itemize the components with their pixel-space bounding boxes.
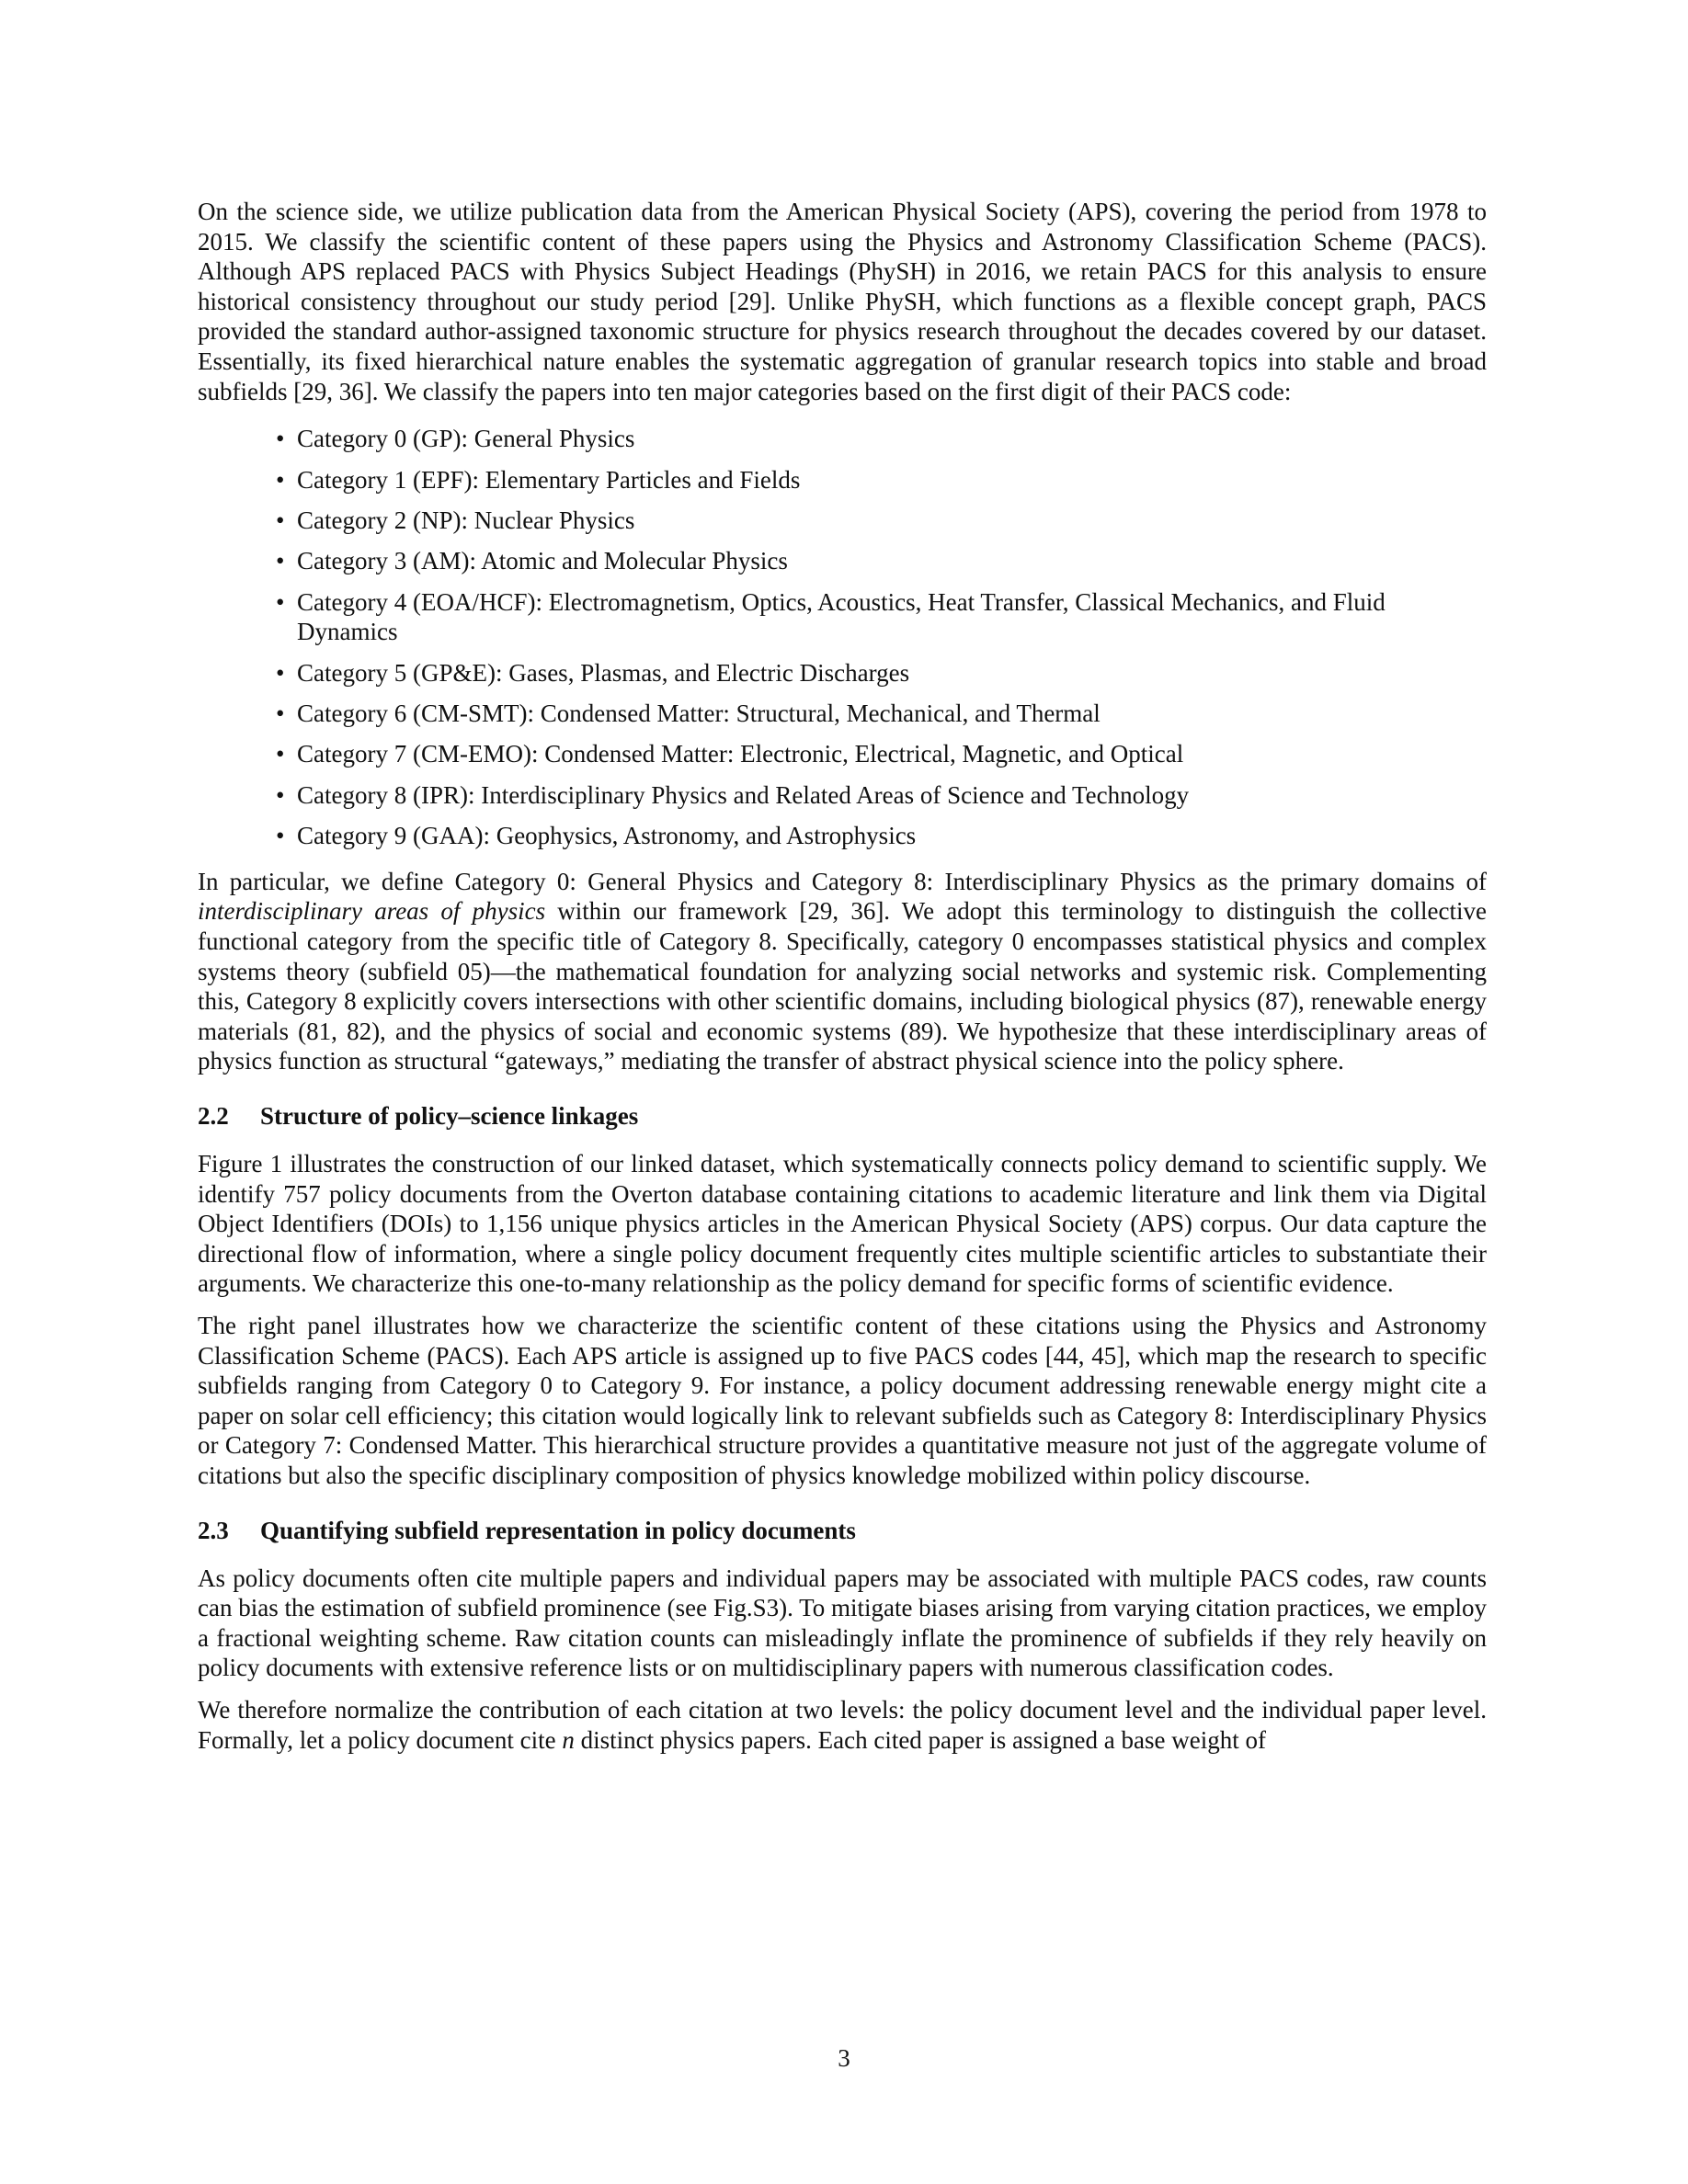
list-item-category-9: •Category 9 (GAA): Geophysics, Astronomy… (198, 821, 1487, 851)
list-item-text: Category 2 (NP): Nuclear Physics (297, 506, 634, 534)
list-item-text: Category 6 (CM-SMT): Condensed Matter: S… (297, 700, 1101, 727)
section-heading-2-3: 2.3Quantifying subfield representation i… (198, 1516, 1487, 1545)
bullet-icon: • (276, 587, 284, 618)
bullet-icon: • (276, 699, 284, 729)
math-variable-n: n (562, 1726, 575, 1754)
paragraph-linked-dataset: Figure 1 illustrates the construction of… (198, 1149, 1487, 1299)
section-title: Quantifying subfield representation in p… (260, 1517, 856, 1544)
list-item-text: Category 5 (GP&E): Gases, Plasmas, and E… (297, 659, 909, 687)
list-item-category-6: •Category 6 (CM-SMT): Condensed Matter: … (198, 699, 1487, 729)
bullet-icon: • (276, 780, 284, 811)
paragraph-normalization: We therefore normalize the contribution … (198, 1695, 1487, 1755)
bullet-icon: • (276, 739, 284, 769)
section-heading-2-2: 2.2Structure of policy–science linkages (198, 1101, 1487, 1131)
section-title: Structure of policy–science linkages (260, 1102, 638, 1130)
list-item-text: Category 0 (GP): General Physics (297, 425, 634, 452)
text-span: In particular, we define Category 0: Gen… (198, 868, 1487, 895)
bullet-icon: • (276, 506, 284, 536)
bullet-icon: • (276, 658, 284, 688)
list-item-category-0: •Category 0 (GP): General Physics (198, 424, 1487, 454)
list-item-category-2: •Category 2 (NP): Nuclear Physics (198, 506, 1487, 536)
list-item-category-7: •Category 7 (CM-EMO): Condensed Matter: … (198, 739, 1487, 769)
emphasis-term: interdisciplinary areas of physics (198, 897, 545, 925)
list-item-category-5: •Category 5 (GP&E): Gases, Plasmas, and … (198, 658, 1487, 688)
pacs-category-list: •Category 0 (GP): General Physics •Categ… (198, 424, 1487, 851)
bullet-icon: • (276, 465, 284, 495)
list-item-text: Category 9 (GAA): Geophysics, Astronomy,… (297, 822, 916, 849)
paragraph-interdisciplinary-definition: In particular, we define Category 0: Gen… (198, 867, 1487, 1076)
paragraph-right-panel: The right panel illustrates how we chara… (198, 1311, 1487, 1491)
list-item-category-4: •Category 4 (EOA/HCF): Electromagnetism,… (198, 587, 1487, 647)
section-number: 2.3 (198, 1516, 260, 1545)
bullet-icon: • (276, 821, 284, 851)
paragraph-fractional-weighting: As policy documents often cite multiple … (198, 1564, 1487, 1683)
list-item-category-3: •Category 3 (AM): Atomic and Molecular P… (198, 546, 1487, 576)
bullet-icon: • (276, 546, 284, 576)
section-number: 2.2 (198, 1101, 260, 1131)
list-item-text: Category 8 (IPR): Interdisciplinary Phys… (297, 781, 1189, 809)
page-number: 3 (0, 2044, 1688, 2073)
list-item-text: Category 1 (EPF): Elementary Particles a… (297, 466, 800, 494)
bullet-icon: • (276, 424, 284, 454)
list-item-category-8: •Category 8 (IPR): Interdisciplinary Phy… (198, 780, 1487, 811)
list-item-category-1: •Category 1 (EPF): Elementary Particles … (198, 465, 1487, 495)
list-item-text: Category 4 (EOA/HCF): Electromagnetism, … (297, 588, 1386, 646)
list-item-text: Category 7 (CM-EMO): Condensed Matter: E… (297, 740, 1183, 768)
paper-page: On the science side, we utilize publicat… (198, 197, 1487, 1755)
list-item-text: Category 3 (AM): Atomic and Molecular Ph… (297, 547, 788, 574)
text-span: distinct physics papers. Each cited pape… (575, 1726, 1266, 1754)
paragraph-aps-pacs: On the science side, we utilize publicat… (198, 197, 1487, 406)
